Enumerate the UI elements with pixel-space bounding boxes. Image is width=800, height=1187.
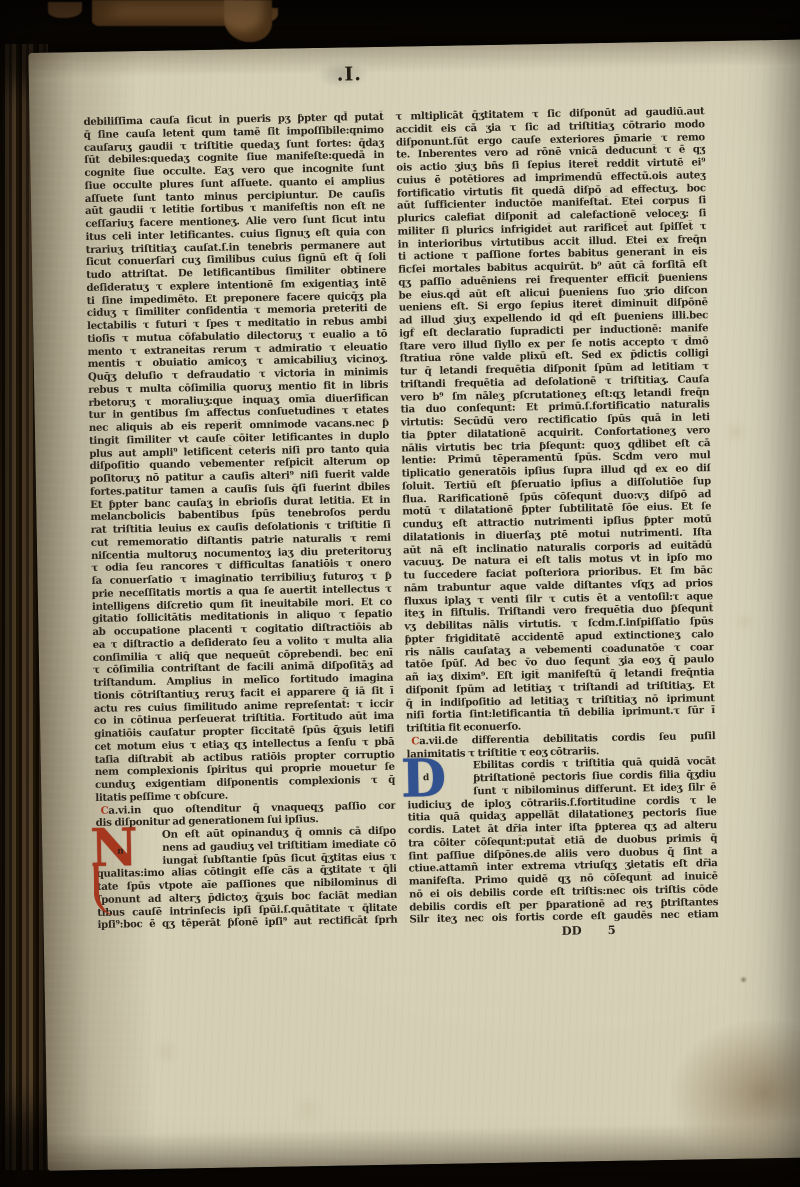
guide-letter: n <box>117 846 124 856</box>
rubricated-capital: C <box>95 804 108 816</box>
guide-letter: d <box>423 773 429 783</box>
leather-patch <box>48 2 82 18</box>
text-column-left: debiliſſima cauſa ſicut in pueris pʒ ƥpt… <box>83 111 397 932</box>
signature-letters: DD <box>562 923 582 937</box>
quire-signature: DD5 <box>562 923 616 938</box>
leather-patch <box>224 0 272 42</box>
book-photo: .I. debiliſſima cauſa ſicut in pueris pʒ… <box>0 0 800 1187</box>
book-page: .I. debiliſſima cauſa ſicut in pueris pʒ… <box>28 39 800 1171</box>
corner-stain <box>667 1017 800 1170</box>
signature-numeral: 5 <box>608 923 616 937</box>
chapter-initial-red: N n <box>90 829 157 876</box>
folio-mark: .I. <box>337 63 363 85</box>
paper-stains <box>28 53 30 55</box>
leather-patch <box>92 0 244 26</box>
chapter-initial-blue: D d <box>401 759 468 806</box>
rubricated-capital: C <box>406 735 419 747</box>
